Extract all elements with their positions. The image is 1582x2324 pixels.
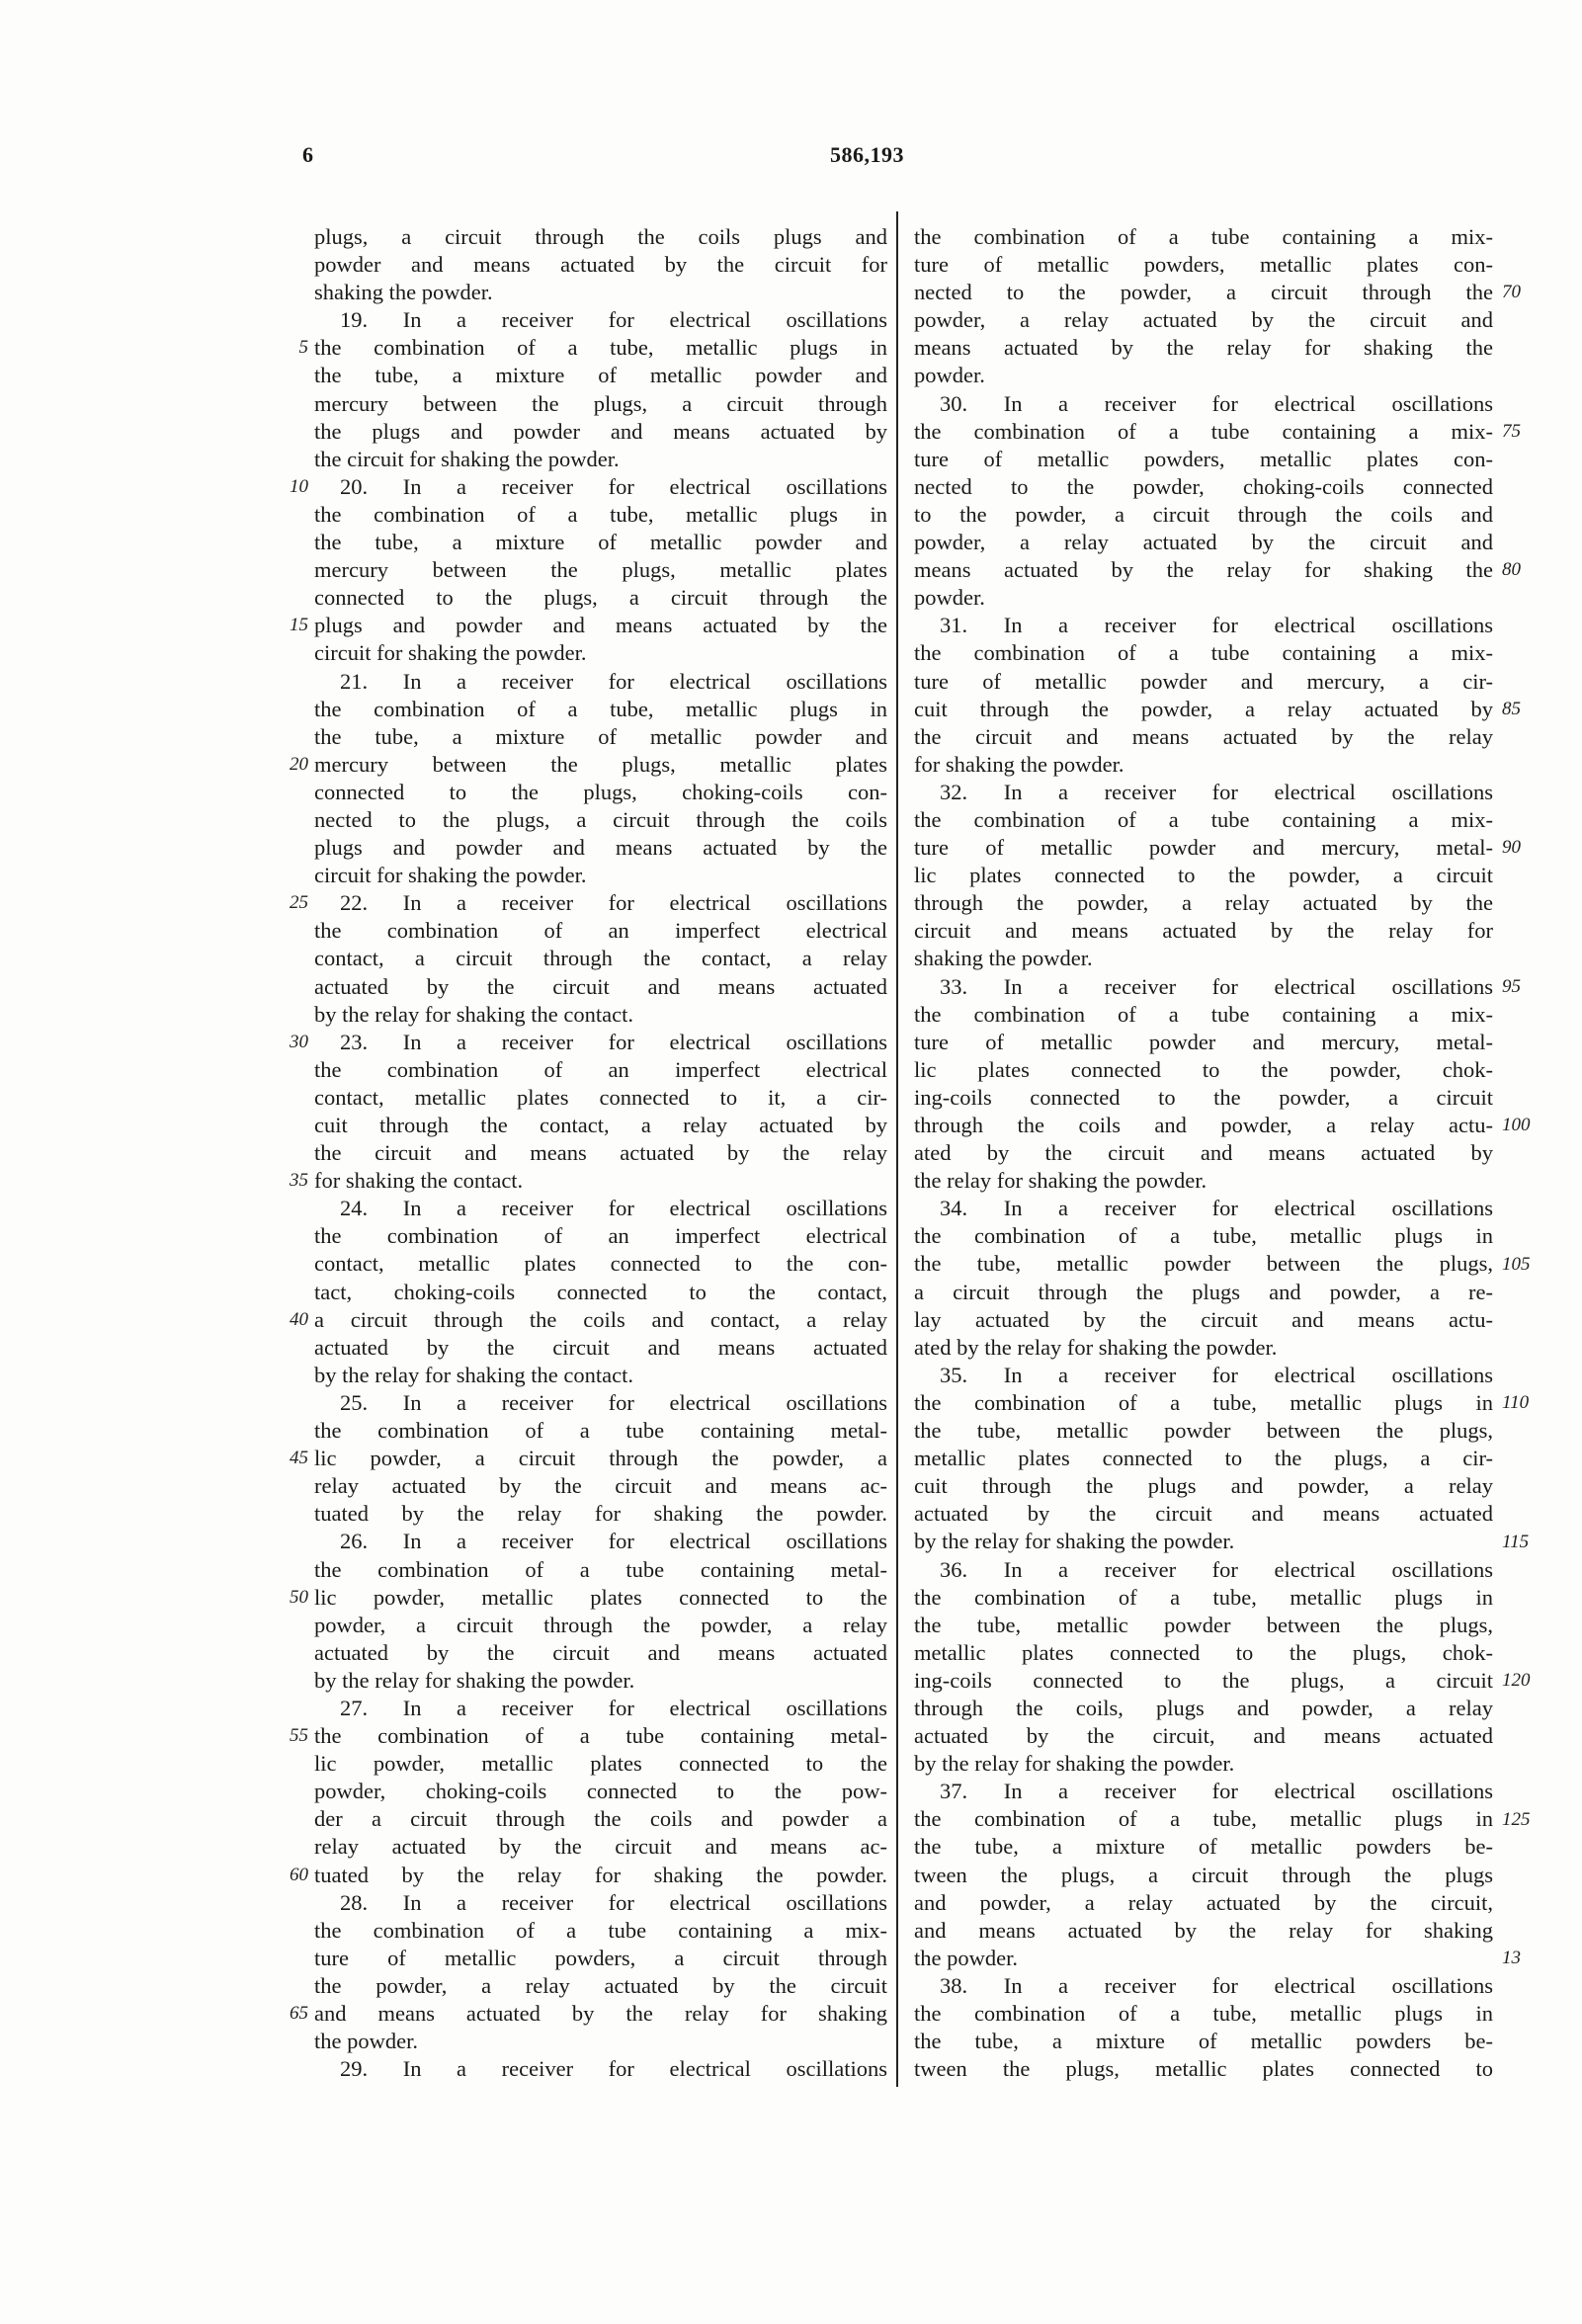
text-line: powder, a relay actuated by the circuit … xyxy=(914,306,1493,334)
text-line: 37. In a receiver for electrical oscilla… xyxy=(914,1778,1493,1805)
text-line: lic powder, metallic plates connected to… xyxy=(314,1584,887,1612)
text-line: relay actuated by the circuit and means … xyxy=(314,1833,887,1861)
text-line: lic powder, metallic plates connected to… xyxy=(314,1750,887,1778)
line-number: 105 xyxy=(1502,1251,1541,1279)
text-line: 23. In a receiver for electrical oscilla… xyxy=(314,1029,887,1056)
text-line: and powder, a relay actuated by the circ… xyxy=(914,1889,1493,1917)
line-number: 85 xyxy=(1502,696,1541,723)
text-line: a circuit through the coils and contact,… xyxy=(314,1306,887,1334)
text-line: metallic plates connected to the plugs, … xyxy=(914,1445,1493,1472)
text-line: contact, a circuit through the contact, … xyxy=(314,945,887,972)
text-line: the tube, a mixture of metallic powder a… xyxy=(314,723,887,751)
line-number: 90 xyxy=(1502,834,1541,862)
text-line: lic plates connected to the powder, a ci… xyxy=(914,862,1493,889)
line-number: 95 xyxy=(1502,973,1541,1001)
text-line: nected to the powder, choking-coils conn… xyxy=(914,473,1493,501)
text-line: the combination of an imperfect electric… xyxy=(314,1056,887,1084)
column-divider xyxy=(896,211,898,2087)
text-line: the tube, a mixture of metallic powders … xyxy=(914,2028,1493,2055)
text-line: nected to the powder, a circuit through … xyxy=(914,279,1493,306)
text-line: means actuated by the relay for shaking … xyxy=(914,334,1493,362)
text-line: plugs, a circuit through the coils plugs… xyxy=(314,223,887,251)
text-line: 22. In a receiver for electrical oscilla… xyxy=(314,889,887,917)
text-line: tuated by the relay for shaking the powd… xyxy=(314,1862,887,1889)
line-number: 115 xyxy=(1502,1529,1541,1556)
text-line: by the relay for shaking the powder. xyxy=(314,1667,887,1695)
text-line: mercury between the plugs, metallic plat… xyxy=(314,556,887,584)
text-line: shaking the powder. xyxy=(914,945,1493,972)
text-line: the circuit and means actuated by the re… xyxy=(914,723,1493,751)
text-line: ated by the circuit and means actuated b… xyxy=(914,1139,1493,1167)
text-line: actuated by the circuit and means actuat… xyxy=(914,1500,1493,1528)
text-line: the combination of a tube containing a m… xyxy=(914,1001,1493,1029)
text-line: powder. xyxy=(914,362,1493,389)
text-line: contact, metallic plates connected to it… xyxy=(314,1084,887,1112)
text-line: ated by the relay for shaking the powder… xyxy=(914,1334,1493,1362)
text-line: contact, metallic plates connected to th… xyxy=(314,1250,887,1278)
line-number: 25 xyxy=(279,889,308,917)
text-line: the tube, a mixture of metallic powders … xyxy=(914,1833,1493,1861)
text-line: actuated by the circuit and means actuat… xyxy=(314,1639,887,1667)
text-line: tween the plugs, a circuit through the p… xyxy=(914,1862,1493,1889)
line-number: 10 xyxy=(279,473,308,501)
text-line: 25. In a receiver for electrical oscilla… xyxy=(314,1389,887,1417)
text-line: the combination of a tube containing a m… xyxy=(914,223,1493,251)
text-line: 29. In a receiver for electrical oscilla… xyxy=(314,2055,887,2083)
line-number: 60 xyxy=(279,1862,308,1889)
text-line: circuit for shaking the powder. xyxy=(314,639,887,667)
text-line: the combination of a tube containing a m… xyxy=(914,806,1493,834)
text-line: connected to the plugs, a circuit throug… xyxy=(314,584,887,612)
text-line: the powder. xyxy=(314,2028,887,2055)
text-line: to the powder, a circuit through the coi… xyxy=(914,501,1493,529)
text-line: through the coils, plugs and powder, a r… xyxy=(914,1695,1493,1722)
text-line: through the powder, a relay actuated by … xyxy=(914,889,1493,917)
line-number: 30 xyxy=(279,1029,308,1056)
text-line: the powder, a relay actuated by the circ… xyxy=(314,1972,887,2000)
left-column: plugs, a circuit through the coils plugs… xyxy=(314,223,887,2083)
text-line: powder, a relay actuated by the circuit … xyxy=(914,529,1493,556)
text-line: the combination of a tube, metallic plug… xyxy=(914,1222,1493,1250)
line-number: 13 xyxy=(1502,1945,1541,1972)
text-line: tuated by the relay for shaking the powd… xyxy=(314,1500,887,1528)
line-number: 120 xyxy=(1502,1667,1541,1695)
patent-page: 6 586,193 plugs, a circuit through the c… xyxy=(0,0,1582,2324)
text-line: 31. In a receiver for electrical oscilla… xyxy=(914,612,1493,639)
text-line: 28. In a receiver for electrical oscilla… xyxy=(314,1889,887,1917)
text-line: lic powder, a circuit through the powder… xyxy=(314,1445,887,1472)
text-line: plugs and powder and means actuated by t… xyxy=(314,612,887,639)
text-line: 30. In a receiver for electrical oscilla… xyxy=(914,390,1493,418)
right-column: the combination of a tube containing a m… xyxy=(914,223,1493,2083)
line-number: 50 xyxy=(279,1584,308,1612)
text-line: through the coils and powder, a relay ac… xyxy=(914,1112,1493,1139)
text-line: means actuated by the relay for shaking … xyxy=(914,556,1493,584)
text-line: and means actuated by the relay for shak… xyxy=(314,2000,887,2028)
line-number: 100 xyxy=(1502,1112,1541,1139)
text-line: plugs and powder and means actuated by t… xyxy=(314,834,887,862)
text-line: 38. In a receiver for electrical oscilla… xyxy=(914,1972,1493,2000)
text-line: nected to the plugs, a circuit through t… xyxy=(314,806,887,834)
text-line: 19. In a receiver for electrical oscilla… xyxy=(314,306,887,334)
text-line: actuated by the circuit, and means actua… xyxy=(914,1722,1493,1750)
text-line: ture of metallic powder and mercury, met… xyxy=(914,1029,1493,1056)
text-line: connected to the plugs, choking-coils co… xyxy=(314,779,887,806)
line-number: 5 xyxy=(279,334,308,362)
text-line: the tube, metallic powder between the pl… xyxy=(914,1612,1493,1639)
text-line: the plugs and powder and means actuated … xyxy=(314,418,887,446)
text-line: ture of metallic powders, a circuit thro… xyxy=(314,1945,887,1972)
text-line: actuated by the circuit and means actuat… xyxy=(314,973,887,1001)
text-line: circuit for shaking the powder. xyxy=(314,862,887,889)
text-line: for shaking the powder. xyxy=(914,751,1493,779)
text-line: the combination of a tube containing a m… xyxy=(914,418,1493,446)
text-line: the combination of a tube containing a m… xyxy=(914,639,1493,667)
line-number: 45 xyxy=(279,1445,308,1472)
text-line: lic plates connected to the powder, chok… xyxy=(914,1056,1493,1084)
line-number: 80 xyxy=(1502,556,1541,584)
text-line: by the relay for shaking the contact. xyxy=(314,1362,887,1389)
text-line: the circuit and means actuated by the re… xyxy=(314,1139,887,1167)
line-number: 40 xyxy=(279,1306,308,1334)
text-line: the combination of an imperfect electric… xyxy=(314,1222,887,1250)
text-line: 34. In a receiver for electrical oscilla… xyxy=(914,1195,1493,1222)
text-line: powder, choking-coils connected to the p… xyxy=(314,1778,887,1805)
text-line: a circuit through the plugs and powder, … xyxy=(914,1279,1493,1306)
text-line: 26. In a receiver for electrical oscilla… xyxy=(314,1528,887,1555)
text-line: ing-coils connected to the plugs, a circ… xyxy=(914,1667,1493,1695)
text-line: the tube, a mixture of metallic powder a… xyxy=(314,362,887,389)
text-line: the tube, metallic powder between the pl… xyxy=(914,1250,1493,1278)
text-line: the powder. xyxy=(914,1945,1493,1972)
line-number: 55 xyxy=(279,1722,308,1750)
text-line: the combination of a tube, metallic plug… xyxy=(314,696,887,723)
line-number: 15 xyxy=(279,612,308,639)
text-line: actuated by the circuit and means actuat… xyxy=(314,1334,887,1362)
text-line: der a circuit through the coils and powd… xyxy=(314,1805,887,1833)
text-line: metallic plates connected to the plugs, … xyxy=(914,1639,1493,1667)
text-line: the combination of a tube, metallic plug… xyxy=(914,1805,1493,1833)
text-line: lay actuated by the circuit and means ac… xyxy=(914,1306,1493,1334)
text-line: ture of metallic powder and mercury, a c… xyxy=(914,668,1493,696)
text-line: the combination of a tube, metallic plug… xyxy=(914,1584,1493,1612)
text-line: 21. In a receiver for electrical oscilla… xyxy=(314,668,887,696)
text-line: 27. In a receiver for electrical oscilla… xyxy=(314,1695,887,1722)
text-line: tact, choking-coils connected to the con… xyxy=(314,1279,887,1306)
text-line: cuit through the powder, a relay actuate… xyxy=(914,696,1493,723)
text-line: by the relay for shaking the contact. xyxy=(314,1001,887,1029)
text-line: by the relay for shaking the powder. xyxy=(914,1750,1493,1778)
text-line: the combination of a tube containing met… xyxy=(314,1722,887,1750)
text-line: cuit through the plugs and powder, a rel… xyxy=(914,1472,1493,1500)
text-line: the tube, metallic powder between the pl… xyxy=(914,1417,1493,1445)
text-line: circuit and means actuated by the relay … xyxy=(914,917,1493,945)
text-line: the relay for shaking the powder. xyxy=(914,1167,1493,1195)
text-line: powder. xyxy=(914,584,1493,612)
text-line: ture of metallic powders, metallic plate… xyxy=(914,446,1493,473)
text-line: 36. In a receiver for electrical oscilla… xyxy=(914,1556,1493,1584)
text-line: 33. In a receiver for electrical oscilla… xyxy=(914,973,1493,1001)
text-line: ture of metallic powder and mercury, met… xyxy=(914,834,1493,862)
text-line: mercury between the plugs, a circuit thr… xyxy=(314,390,887,418)
text-line: the combination of a tube containing a m… xyxy=(314,1917,887,1945)
text-line: the combination of an imperfect electric… xyxy=(314,917,887,945)
text-line: the combination of a tube, metallic plug… xyxy=(914,2000,1493,2028)
text-line: powder, a circuit through the powder, a … xyxy=(314,1612,887,1639)
text-line: the combination of a tube containing met… xyxy=(314,1417,887,1445)
line-number: 110 xyxy=(1502,1389,1541,1417)
line-number: 20 xyxy=(279,751,308,779)
text-line: the combination of a tube containing met… xyxy=(314,1556,887,1584)
text-line: shaking the powder. xyxy=(314,279,887,306)
text-line: the circuit for shaking the powder. xyxy=(314,446,887,473)
text-line: for shaking the contact. xyxy=(314,1167,887,1195)
text-line: the combination of a tube, metallic plug… xyxy=(314,501,887,529)
page-number: 6 xyxy=(302,142,313,168)
text-line: mercury between the plugs, metallic plat… xyxy=(314,751,887,779)
line-number: 35 xyxy=(279,1167,308,1195)
text-line: relay actuated by the circuit and means … xyxy=(314,1472,887,1500)
line-number: 125 xyxy=(1502,1806,1541,1834)
text-line: 35. In a receiver for electrical oscilla… xyxy=(914,1362,1493,1389)
text-line: and means actuated by the relay for shak… xyxy=(914,1917,1493,1945)
text-line: powder and means actuated by the circuit… xyxy=(314,251,887,279)
line-number: 75 xyxy=(1502,418,1541,446)
text-line: 32. In a receiver for electrical oscilla… xyxy=(914,779,1493,806)
text-line: by the relay for shaking the powder. xyxy=(914,1528,1493,1555)
line-number: 70 xyxy=(1502,279,1541,306)
text-line: the combination of a tube, metallic plug… xyxy=(314,334,887,362)
text-line: 24. In a receiver for electrical oscilla… xyxy=(314,1195,887,1222)
text-line: the combination of a tube, metallic plug… xyxy=(914,1389,1493,1417)
text-line: the tube, a mixture of metallic powder a… xyxy=(314,529,887,556)
line-number: 65 xyxy=(279,2000,308,2028)
text-line: ture of metallic powders, metallic plate… xyxy=(914,251,1493,279)
text-line: ing-coils connected to the powder, a cir… xyxy=(914,1084,1493,1112)
text-line: 20. In a receiver for electrical oscilla… xyxy=(314,473,887,501)
patent-number: 586,193 xyxy=(830,142,904,168)
text-line: cuit through the contact, a relay actuat… xyxy=(314,1112,887,1139)
text-line: tween the plugs, metallic plates connect… xyxy=(914,2055,1493,2083)
